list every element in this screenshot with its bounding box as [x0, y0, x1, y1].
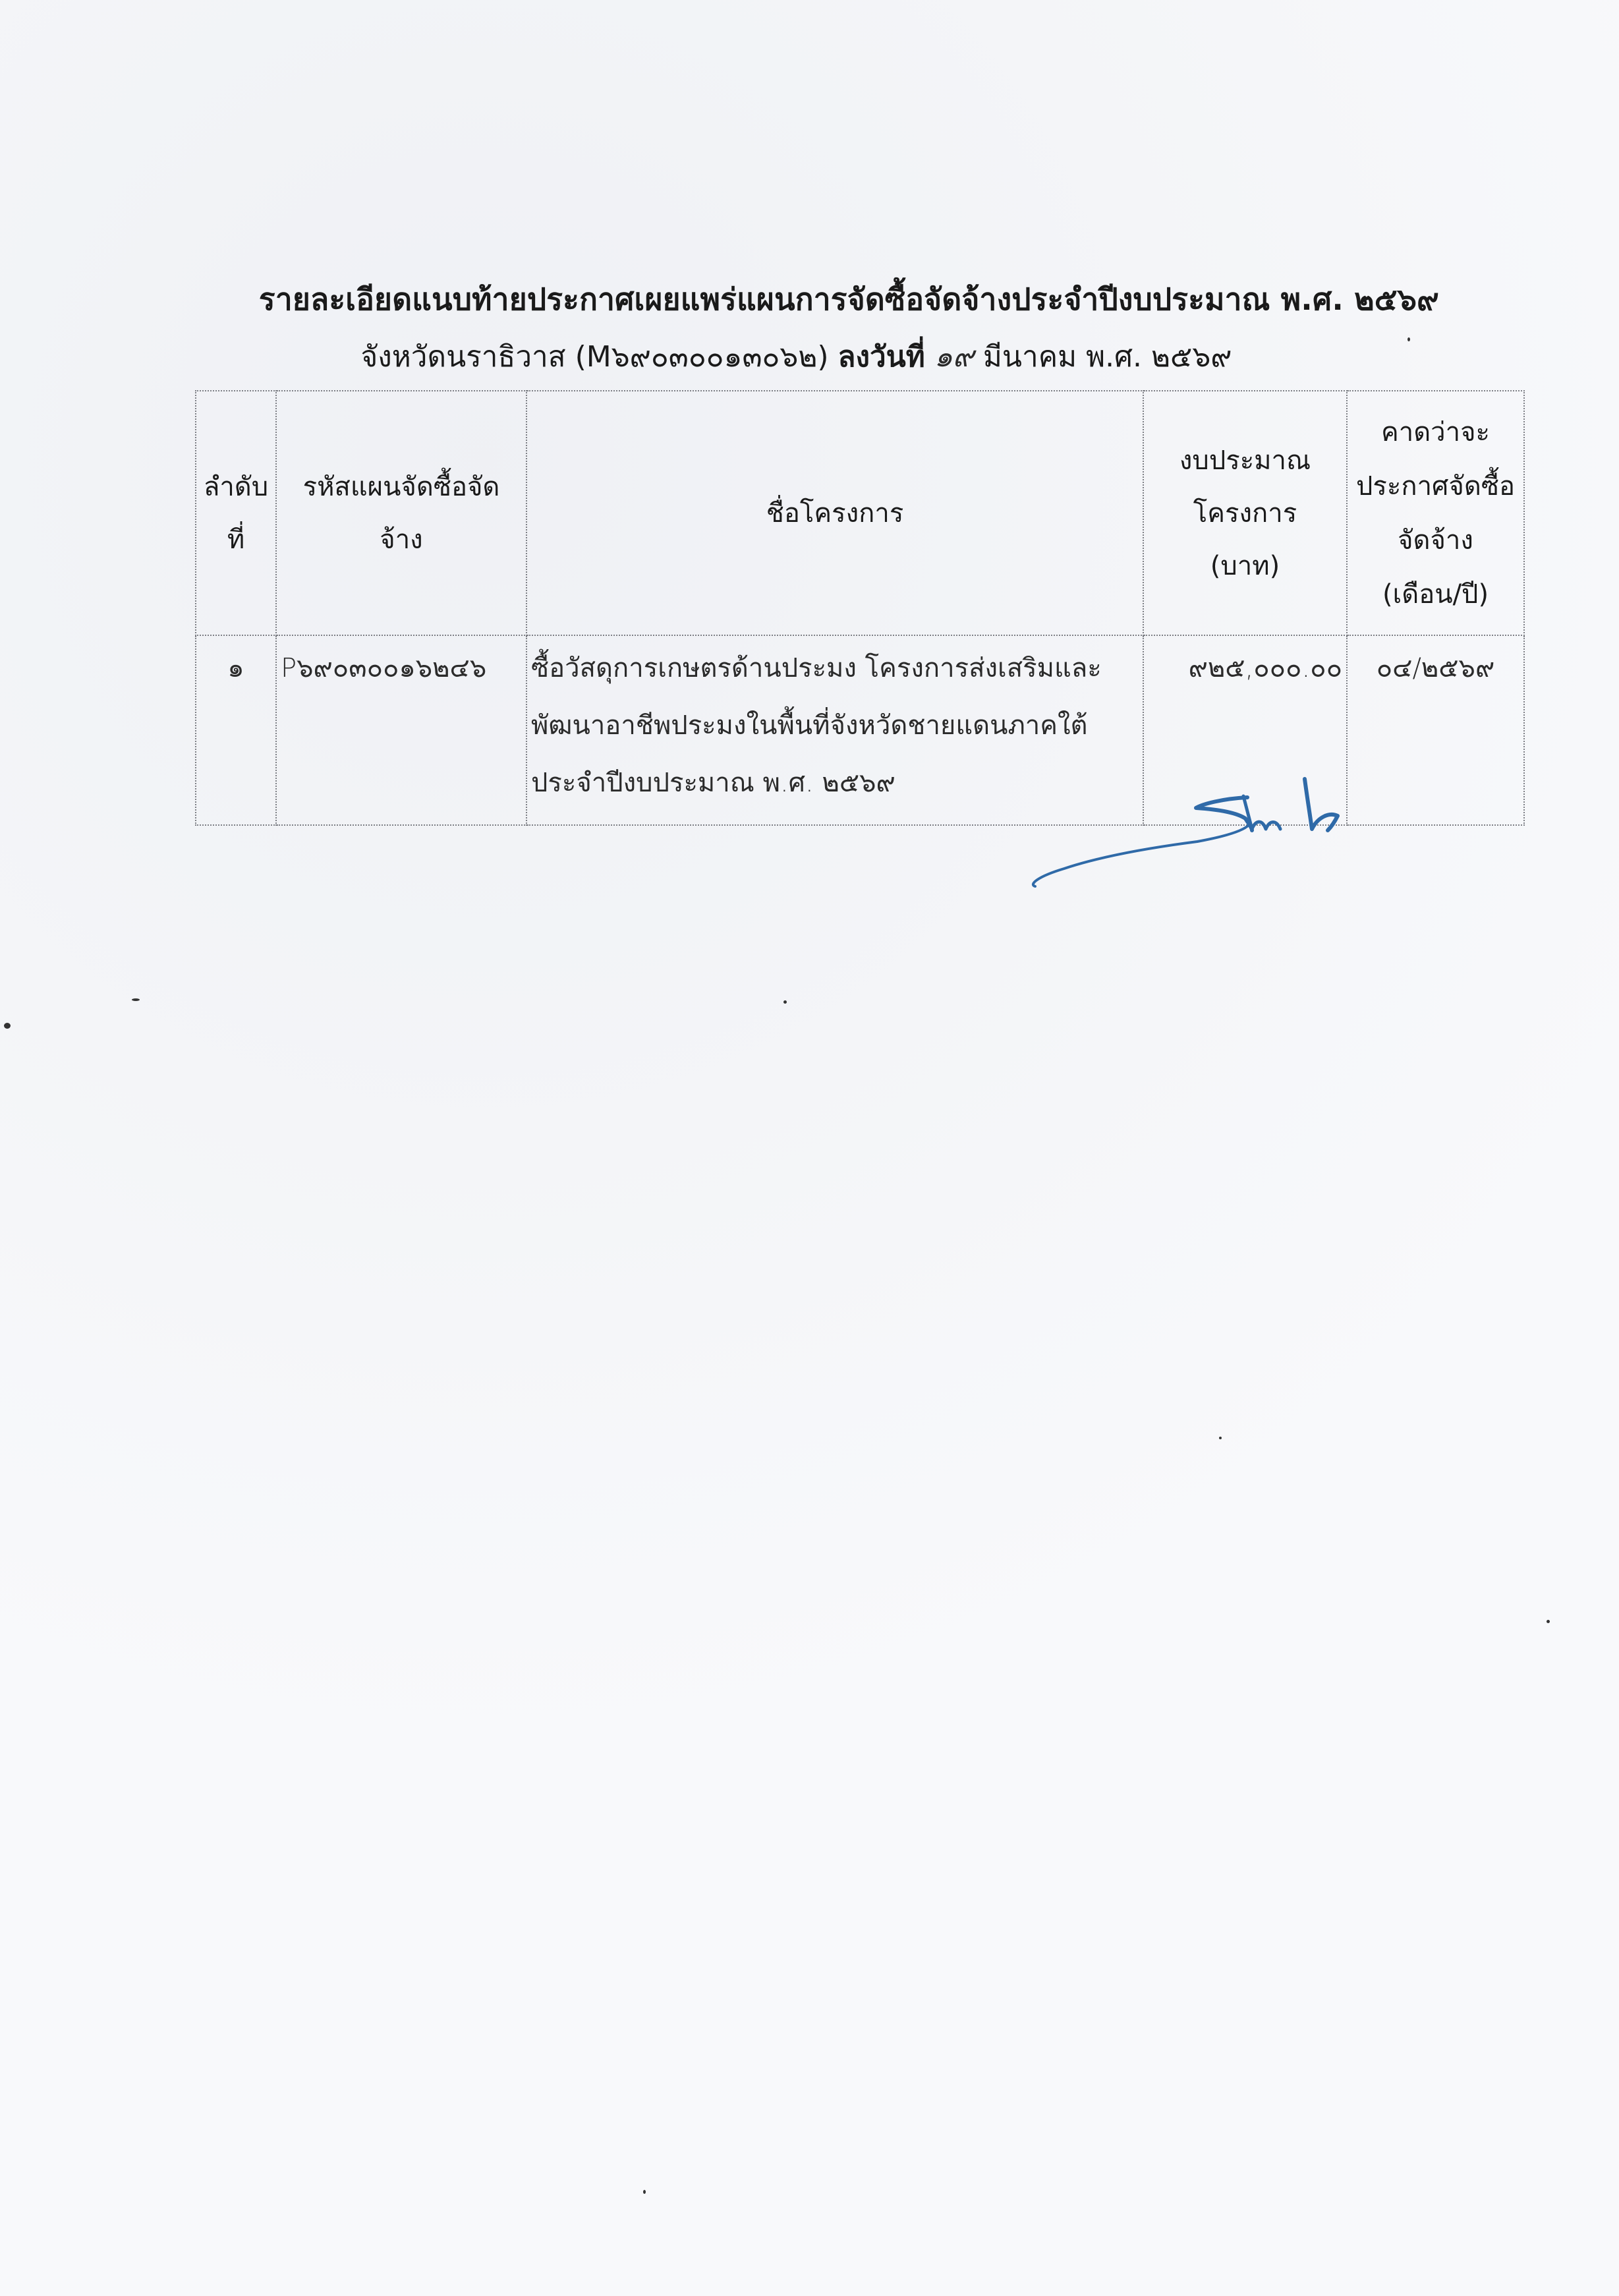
table-header-row: ลำดับ ที่ รหัสแผนจัดซื้อจัด จ้าง ชื่อโคร… — [196, 391, 1524, 635]
cell-no: ๑ — [196, 635, 276, 825]
cell-expected-date: ๐๔/๒๕๖๙ — [1347, 635, 1524, 825]
table-row: ๑ P๖๙๐๓๐๐๑๖๒๔๖ ซื้อวัสดุการเกษตรด้านประม… — [196, 635, 1524, 825]
agency-name: จังหวัดนราธิวาส (M๖๙๐๓๐๐๑๓๐๖๒) — [361, 340, 829, 374]
scan-speck — [1407, 337, 1410, 341]
procurement-plan-table: ลำดับ ที่ รหัสแผนจัดซื้อจัด จ้าง ชื่อโคร… — [195, 390, 1525, 826]
cell-plan-code: P๖๙๐๓๐๐๑๖๒๔๖ — [276, 635, 526, 825]
month-year: มีนาคม พ.ศ. ๒๕๖๙ — [983, 340, 1232, 374]
document-subtitle: จังหวัดนราธิวาส (M๖๙๐๓๐๐๑๓๐๖๒) ลงวันที่ … — [0, 333, 1606, 380]
scanned-page: รายละเอียดแนบท้ายประกาศเผยแพร่แผนการจัดซ… — [0, 0, 1619, 2296]
header-budget: งบประมาณ โครงการ (บาท) — [1143, 391, 1347, 635]
scan-speck — [132, 998, 140, 1001]
header-no: ลำดับ ที่ — [196, 391, 276, 635]
header-expected-date: คาดว่าจะ ประกาศจัดซื้อ จัดจ้าง (เดือน/ปี… — [1347, 391, 1524, 635]
scan-speck — [4, 1023, 11, 1029]
date-label: ลงวันที่ — [838, 340, 925, 374]
scan-speck — [783, 1000, 787, 1004]
handwritten-day: ๑๙ — [934, 340, 974, 374]
scan-speck — [1547, 1620, 1550, 1623]
scan-speck — [1219, 1437, 1222, 1439]
document-title: รายละเอียดแนบท้ายประกาศเผยแพร่แผนการจัดซ… — [40, 275, 1619, 324]
cell-project-name: ซื้อวัสดุการเกษตรด้านประมง โครงการส่งเสร… — [526, 635, 1143, 825]
scan-speck — [643, 2190, 646, 2194]
header-project-name: ชื่อโครงการ — [526, 391, 1143, 635]
header-code: รหัสแผนจัดซื้อจัด จ้าง — [276, 391, 526, 635]
cell-budget: ๙๒๕,๐๐๐.๐๐ — [1143, 635, 1347, 825]
